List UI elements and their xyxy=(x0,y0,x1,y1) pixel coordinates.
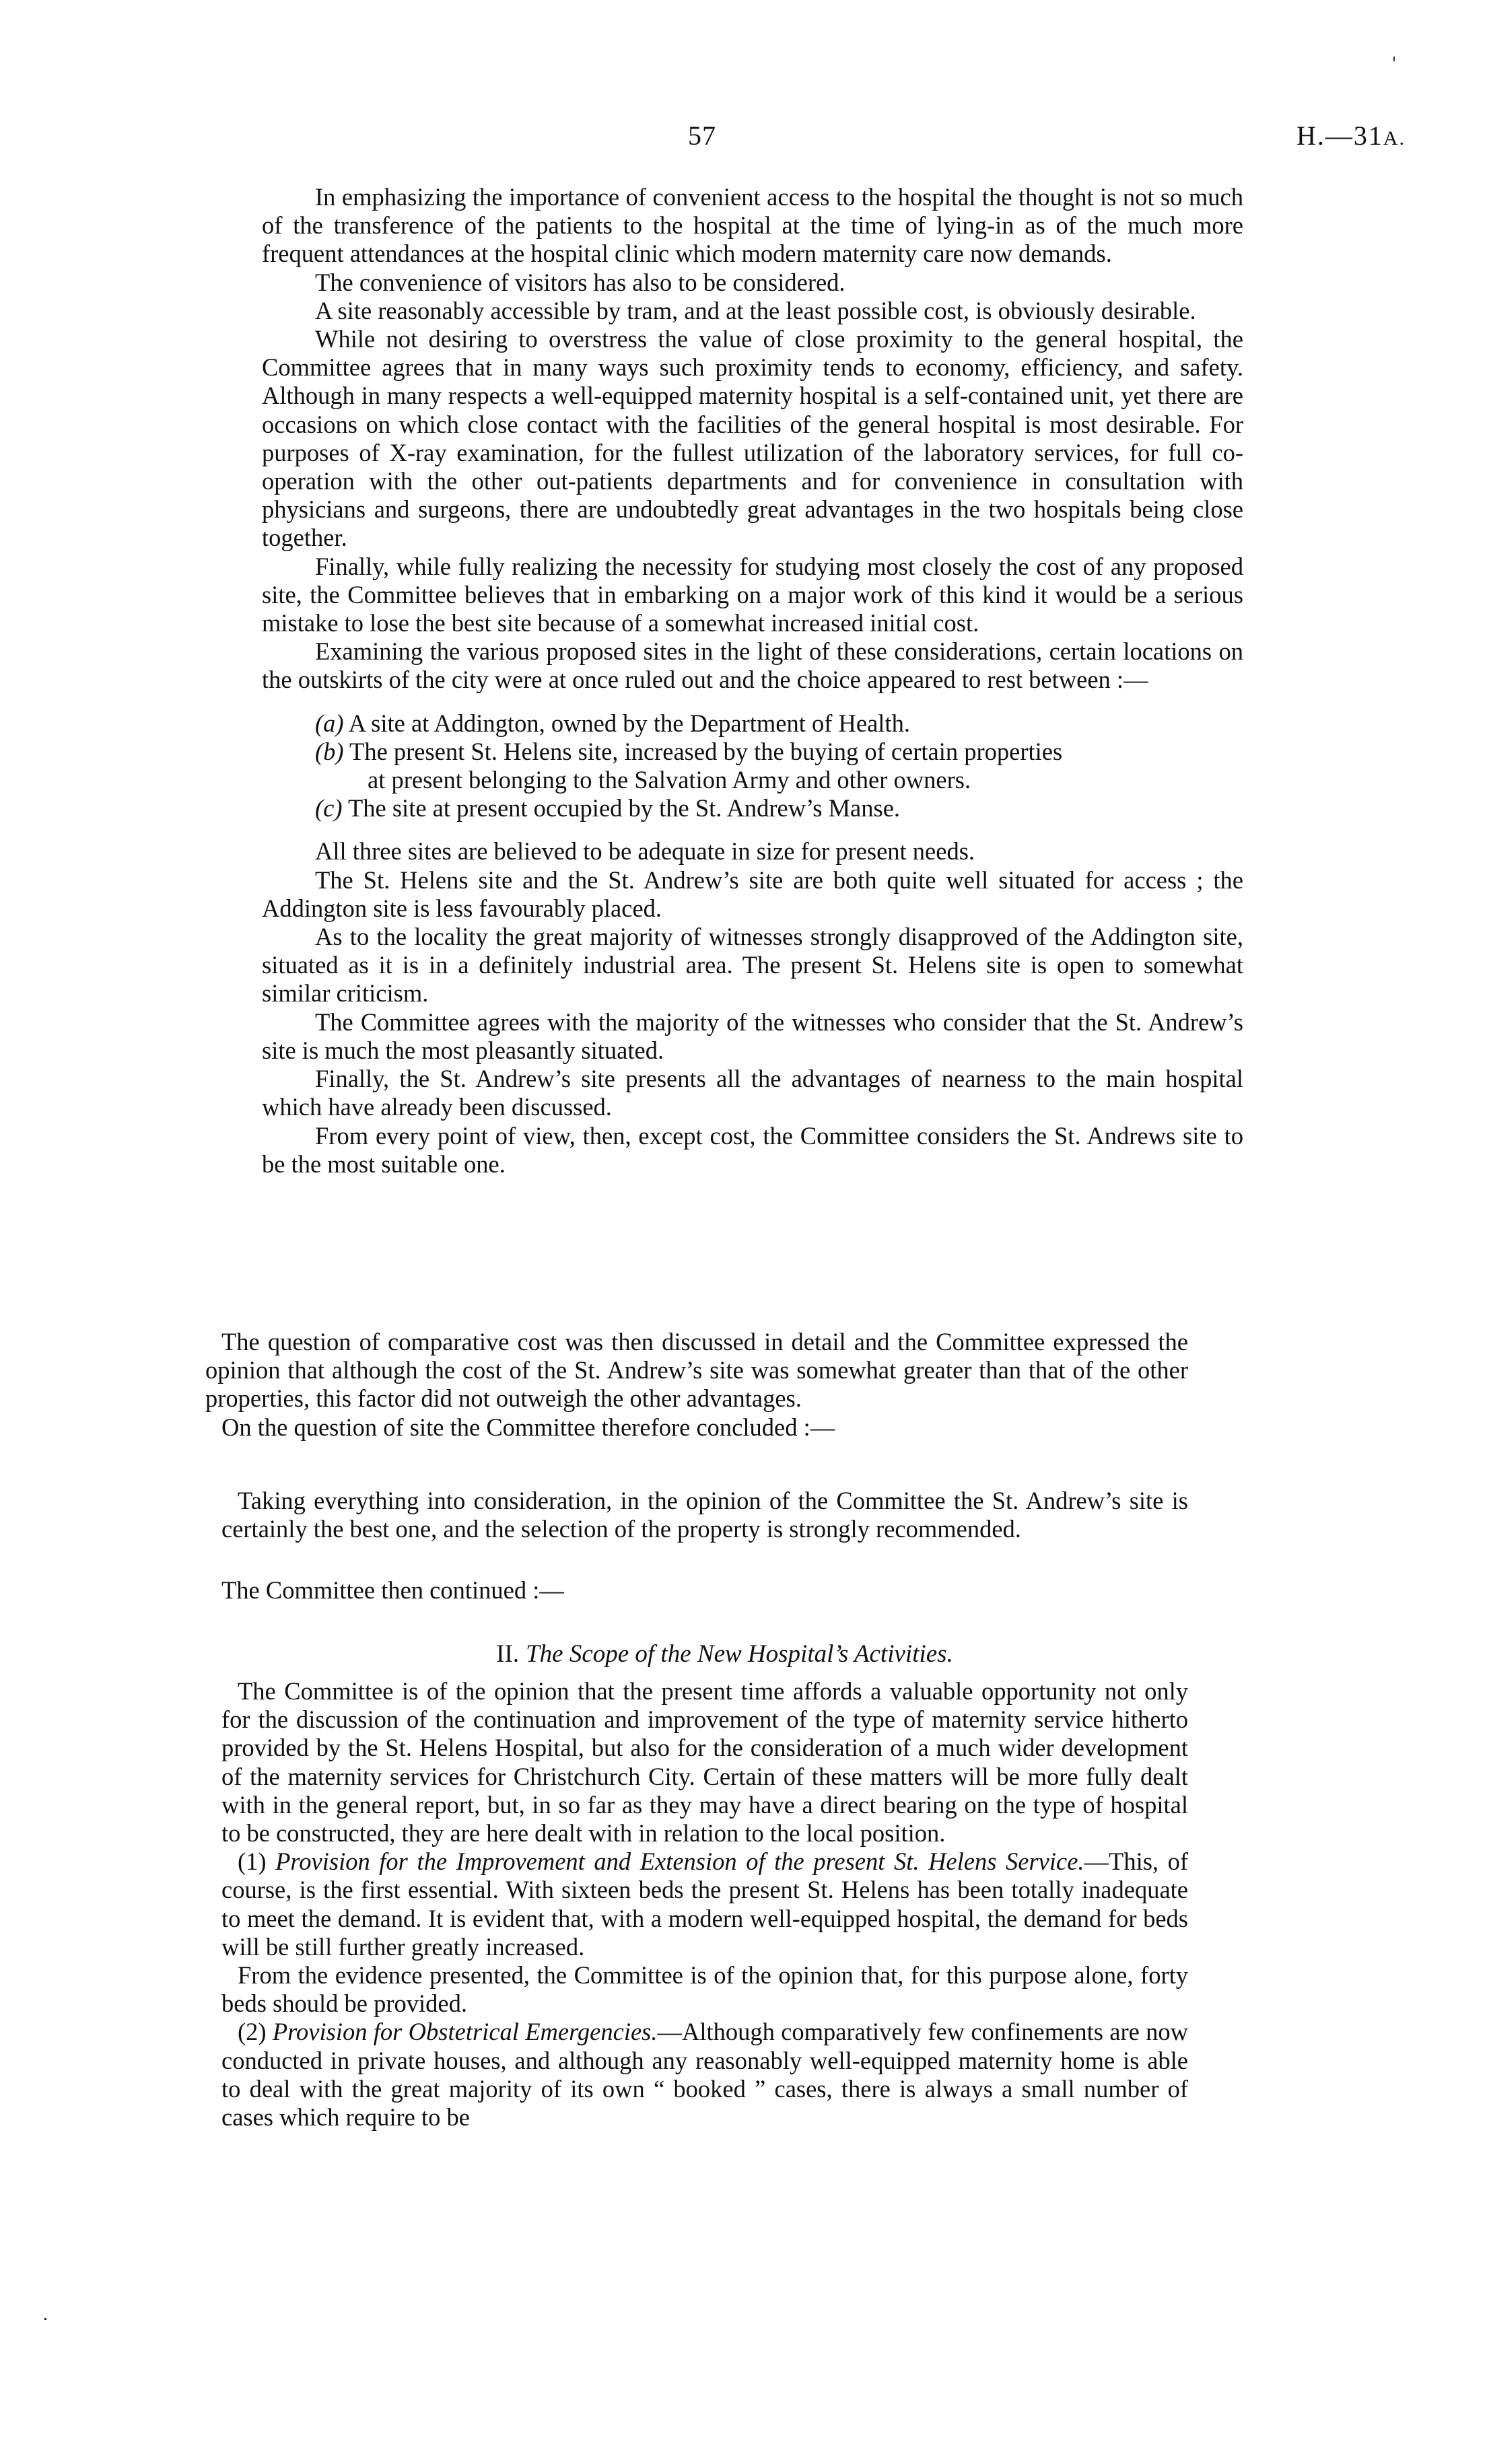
paragraph-continued: The Committee then continued :— xyxy=(221,1576,1188,1605)
paragraph-most-suitable: From every point of view, then, except c… xyxy=(262,1122,1243,1178)
section-title: The Scope of the New Hospital’s Activiti… xyxy=(526,1640,953,1668)
provision-item-2: (2) Provision for Obstetrical Emergencie… xyxy=(221,2018,1188,2132)
provision-number: (1) xyxy=(238,1847,267,1875)
provision-number: (2) xyxy=(238,2018,267,2045)
document-reference: H.—31A. xyxy=(1296,120,1406,151)
site-options-list: (a) A site at Addington, owned by the De… xyxy=(315,709,1243,823)
paragraph-forty-beds: From the evidence presented, the Committ… xyxy=(221,1961,1188,2018)
paragraph-access: In emphasizing the importance of conveni… xyxy=(262,183,1243,269)
paragraph-proximity: While not desiring to overstress the val… xyxy=(262,325,1243,553)
document-reference-suffix: A. xyxy=(1383,127,1406,149)
paragraph-pleasant-site: The Committee agrees with the majority o… xyxy=(262,1008,1243,1065)
site-option-text: The present St. Helens site, increased b… xyxy=(349,738,1062,765)
provision-heading: Provision for the Improvement and Extens… xyxy=(275,1847,1084,1875)
section-numeral: II. xyxy=(496,1640,519,1668)
site-option-b: (b) The present St. Helens site, increas… xyxy=(315,738,1243,794)
paragraph-scope-intro: The Committee is of the opinion that the… xyxy=(221,1677,1188,1847)
section-heading: II.The Scope of the New Hospital’s Activ… xyxy=(0,1640,1487,1669)
paragraph-recommendation: Taking everything into consideration, in… xyxy=(221,1487,1188,1543)
conclusion-quote: Taking everything into consideration, in… xyxy=(221,1487,1188,1543)
paragraph-locality: As to the locality the great majority of… xyxy=(262,923,1243,1008)
continued-line-block: The Committee then continued :— xyxy=(221,1576,1188,1605)
site-option-marker: (c) xyxy=(315,794,343,822)
site-option-continuation: at present belonging to the Salvation Ar… xyxy=(315,766,1243,794)
comparative-cost-section: The question of comparative cost was the… xyxy=(205,1328,1188,1442)
scan-speck xyxy=(44,2318,46,2320)
provision-heading: Provision for Obstetrical Emergencies. xyxy=(273,2018,658,2045)
paragraph-examining-sites: Examining the various proposed sites in … xyxy=(262,637,1243,694)
paragraph-adequate-size: All three sites are believed to be adequ… xyxy=(262,837,1243,866)
provision-body: From the evidence presented, the Committ… xyxy=(221,1961,1188,2017)
provision-item-1: (1) Provision for the Improvement and Ex… xyxy=(221,1847,1188,1961)
paragraph-nearness: Finally, the St. Andrew’s site presents … xyxy=(262,1065,1243,1121)
page-number: 57 xyxy=(688,120,716,151)
site-option-text: The site at present occupied by the St. … xyxy=(348,794,900,822)
paragraph-cost: Finally, while fully realizing the neces… xyxy=(262,553,1243,638)
paragraph-tram: A site reasonably accessible by tram, an… xyxy=(262,297,1243,325)
site-option-marker: (a) xyxy=(315,709,344,737)
page-header: 57 H.—31A. xyxy=(0,120,1487,153)
site-option-c: (c) The site at present occupied by the … xyxy=(315,794,1243,822)
paragraph-access-comparison: The St. Helens site and the St. Andrew’s… xyxy=(262,866,1243,923)
site-option-marker: (b) xyxy=(315,738,344,765)
document-reference-main: H.—31 xyxy=(1296,120,1383,151)
site-option-a: (a) A site at Addington, owned by the De… xyxy=(315,709,1243,738)
scope-section: The Committee is of the opinion that the… xyxy=(221,1677,1188,2132)
paragraph-comparative-cost: The question of comparative cost was the… xyxy=(205,1328,1188,1413)
site-option-text: A site at Addington, owned by the Depart… xyxy=(349,709,910,737)
paragraph-visitors: The convenience of visitors has also to … xyxy=(262,269,1243,297)
scan-mark xyxy=(1393,57,1395,61)
site-considerations-section: In emphasizing the importance of conveni… xyxy=(262,183,1243,1178)
paragraph-concluded: On the question of site the Committee th… xyxy=(205,1413,1188,1442)
